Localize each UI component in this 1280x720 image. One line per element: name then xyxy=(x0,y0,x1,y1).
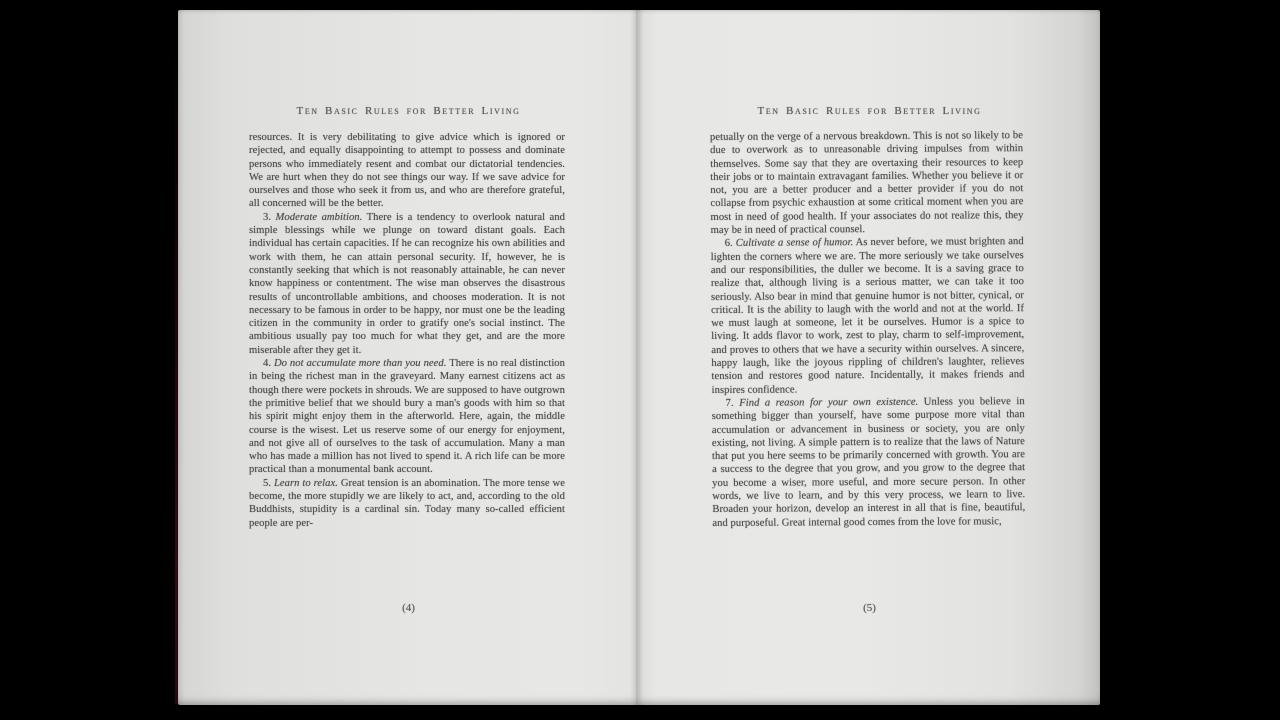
page-number: (4) xyxy=(178,602,639,614)
paragraph-lead-italic: Learn to relax. xyxy=(274,478,338,489)
paragraph-lead-italic: Do not accumulate more than you need. xyxy=(274,358,447,369)
paragraph-lead-italic: Cultivate a sense of humor. xyxy=(736,238,854,250)
paragraph: petually on the verge of a nervous break… xyxy=(710,129,1024,237)
running-header: Ten Basic Rules for Better Living xyxy=(178,105,639,117)
paragraph: 6. Cultivate a sense of humor. As never … xyxy=(711,235,1025,396)
paragraph: resources. It is very debilitating to gi… xyxy=(249,131,565,211)
video-frame: Ten Basic Rules for Better Living resour… xyxy=(0,0,1280,720)
page-body: petually on the verge of a nervous break… xyxy=(710,129,1025,530)
paragraph-lead-italic: Find a reason for your own existence. xyxy=(739,397,918,409)
running-header: Ten Basic Rules for Better Living xyxy=(639,105,1100,117)
book-page-right: Ten Basic Rules for Better Living petual… xyxy=(639,10,1100,705)
paragraph: 5. Learn to relax. Great tension is an a… xyxy=(249,477,565,530)
paragraph: 4. Do not accumulate more than you need.… xyxy=(249,357,565,477)
paragraph-lead-italic: Moderate ambition. xyxy=(276,212,363,223)
page-number: (5) xyxy=(639,602,1100,614)
book-page-left: Ten Basic Rules for Better Living resour… xyxy=(178,10,639,705)
paragraph: 3. Moderate ambition. There is a tendenc… xyxy=(249,211,565,357)
page-body: resources. It is very debilitating to gi… xyxy=(249,131,565,530)
paragraph: 7. Find a reason for your own existence.… xyxy=(712,395,1026,530)
